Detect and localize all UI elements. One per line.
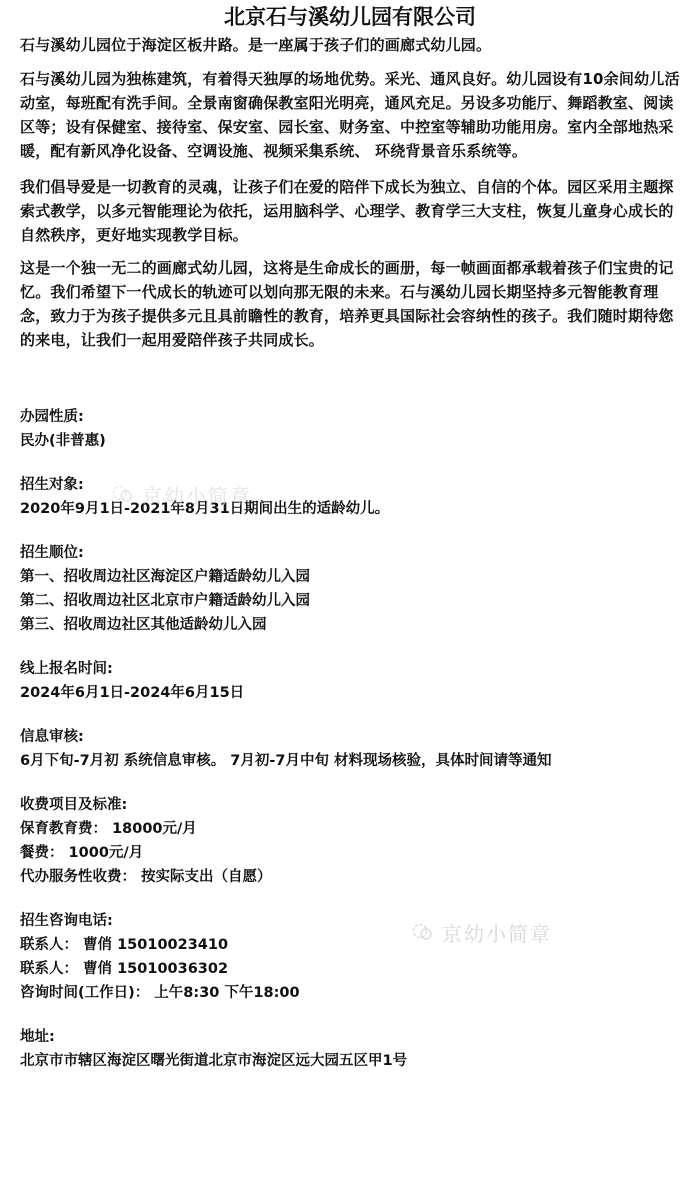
section-line: 2020年9月1日-2021年8月31日期间出生的适龄幼儿。 <box>20 497 389 521</box>
intro-paragraph-1: 石与溪幼儿园位于海淀区板井路。是一座属于孩子们的画廊式幼儿园。 <box>20 33 680 57</box>
watermark: 京幼小简章 <box>412 918 552 947</box>
intro-paragraph-2: 石与溪幼儿园为独栋建筑，有着得天独厚的场地优势。采光、通风良好。幼儿园设有10余… <box>20 67 680 163</box>
section-label-target: 招生对象: <box>20 473 84 497</box>
section-label-nature: 办园性质: <box>20 405 84 429</box>
section-label-address: 地址: <box>20 1025 55 1049</box>
section-line: 2024年6月1日-2024年6月15日 <box>20 681 244 705</box>
section-label-review: 信息审核: <box>20 725 84 749</box>
section-line: 第一、招收周边社区海淀区户籍适龄幼儿入园 <box>20 565 310 589</box>
watermark-text: 京幼小简章 <box>442 922 552 946</box>
section-label-fees: 收费项目及标准: <box>20 793 127 817</box>
contact-phone-2: 联系人： 曹俏 15010036302 <box>20 957 228 981</box>
contact-phone-1: 联系人： 曹俏 15010023410 <box>20 933 228 957</box>
section-label-registration-time: 线上报名时间: <box>20 657 113 681</box>
section-line: 保育教育费： 18000元/月 <box>20 817 197 841</box>
section-line: 6月下旬-7月初 系统信息审核。 7月初-7月中旬 材料现场核验，具体时间请等通… <box>20 749 552 773</box>
section-line: 民办(非普惠) <box>20 429 106 453</box>
consult-hours: 咨询时间(工作日)： 上午8:30 下午18:00 <box>20 981 300 1005</box>
wechat-logo-icon <box>412 923 434 946</box>
address-line: 北京市市辖区海淀区曙光街道北京市海淀区远大园五区甲1号 <box>20 1049 407 1073</box>
page-title: 北京石与溪幼儿园有限公司 <box>0 3 700 31</box>
section-line: 第三、招收周边社区其他适龄幼儿入园 <box>20 613 267 637</box>
intro-paragraph-4: 这是一个独一无二的画廊式幼儿园，这将是生命成长的画册，每一帧画面都承载着孩子们宝… <box>20 256 680 352</box>
section-label-priority: 招生顺位: <box>20 541 84 565</box>
section-label-contact: 招生咨询电话: <box>20 909 113 933</box>
section-line: 第二、招收周边社区北京市户籍适龄幼儿入园 <box>20 589 310 613</box>
intro-paragraph-3: 我们倡导爱是一切教育的灵魂，让孩子们在爱的陪伴下成长为独立、自信的个体。园区采用… <box>20 175 680 247</box>
section-line: 代办服务性收费： 按实际支出（自愿） <box>20 865 272 889</box>
section-line: 餐费： 1000元/月 <box>20 841 143 865</box>
